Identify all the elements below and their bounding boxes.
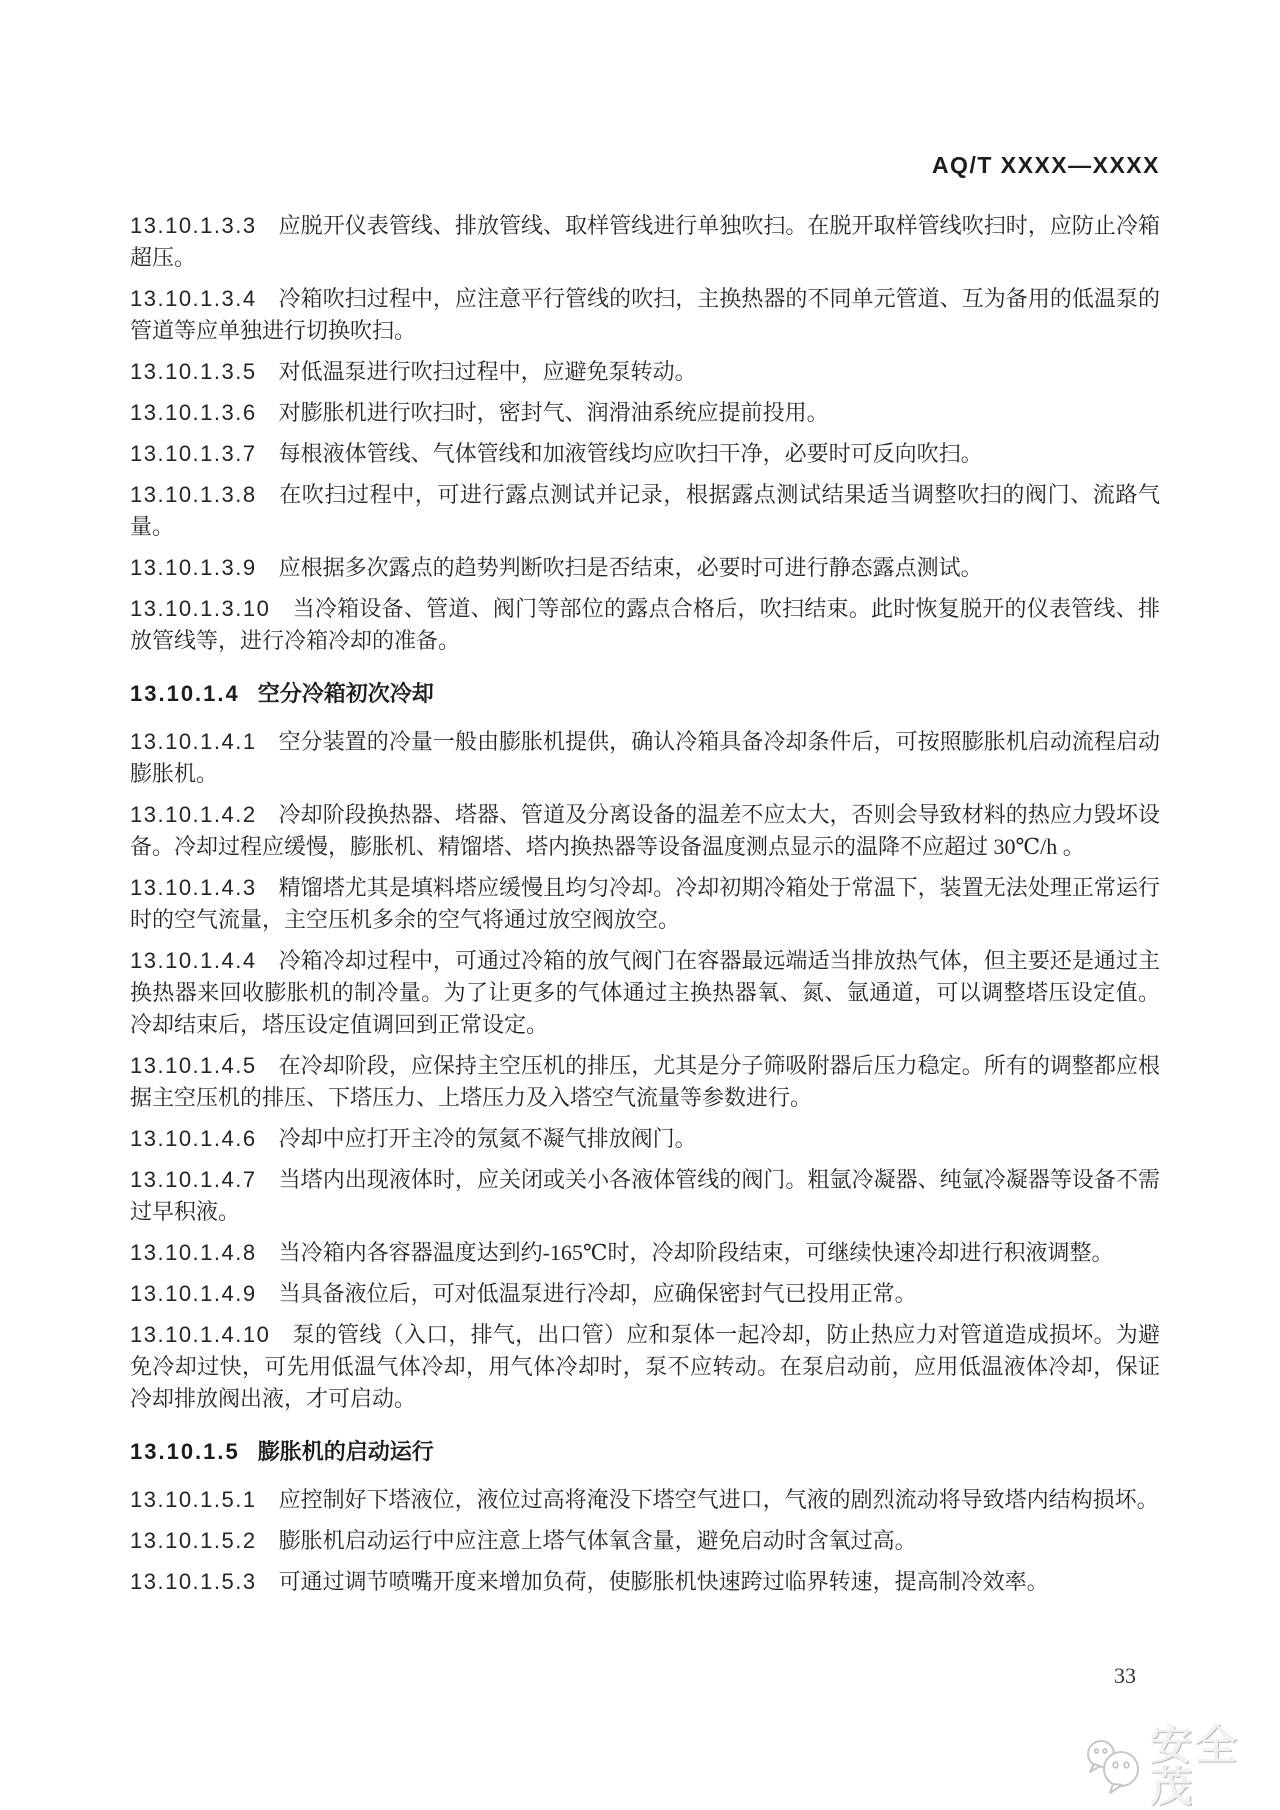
clause-number: 13.10.1.4.8	[130, 1240, 279, 1265]
chat-bubbles-icon	[1082, 1738, 1144, 1794]
clause-text: 空分装置的冷量一般由膨胀机提供，确认冷箱具备冷却条件后，可按照膨胀机启动流程启动…	[130, 729, 1160, 786]
clause-number: 13.10.1.3.4	[130, 286, 279, 311]
clause-paragraph: 13.10.1.3.7每根液体管线、气体管线和加液管线均应吹扫干净，必要时可反向…	[130, 438, 1160, 470]
clause-text: 膨胀机启动运行中应注意上塔气体氧含量，避免启动时含氧过高。	[279, 1528, 917, 1553]
clause-number: 13.10.1.4.10	[130, 1322, 292, 1347]
clause-number: 13.10.1.4.6	[130, 1126, 279, 1151]
clause-text: 冷箱冷却过程中，可通过冷箱的放气阀门在容器最远端适当排放热气体，但主要还是通过主…	[130, 948, 1160, 1037]
clause-number: 13.10.1.3.7	[130, 441, 279, 466]
clause-number: 13.10.1.5.2	[130, 1528, 279, 1553]
clause-paragraph: 13.10.1.3.5对低温泵进行吹扫过程中，应避免泵转动。	[130, 356, 1160, 388]
clause-text: 可通过调节喷嘴开度来增加负荷，使膨胀机快速跨过临界转速，提高制冷效率。	[279, 1569, 1049, 1594]
clause-text: 应根据多次露点的趋势判断吹扫是否结束，必要时可进行静态露点测试。	[279, 555, 983, 580]
clause-number: 13.10.1.5.3	[130, 1569, 279, 1594]
document-page: AQ/T XXXX—XXXX 13.10.1.3.3应脱开仪表管线、排放管线、取…	[0, 0, 1280, 1810]
section-heading: 13.10.1.4空分冷箱初次冷却	[130, 678, 1160, 710]
clause-text: 冷却中应打开主冷的氖氦不凝气排放阀门。	[279, 1126, 697, 1151]
clause-text: 每根液体管线、气体管线和加液管线均应吹扫干净，必要时可反向吹扫。	[279, 441, 983, 466]
clause-number: 13.10.1.4.2	[130, 802, 279, 827]
clause-number: 13.10.1.4.5	[130, 1053, 279, 1078]
clause-paragraph: 13.10.1.5.1应控制好下塔液位，液位过高将淹没下塔空气进口，气液的剧烈流…	[130, 1484, 1160, 1516]
clause-text: 冷却阶段换热器、塔器、管道及分离设备的温差不应太大，否则会导致材料的热应力毁坏设…	[130, 802, 1160, 859]
watermark: 安全茂	[1082, 1724, 1280, 1808]
clause-text: 冷箱吹扫过程中，应注意平行管线的吹扫，主换热器的不同单元管道、互为备用的低温泵的…	[130, 286, 1160, 343]
clause-paragraph: 13.10.1.4.8当冷箱内各容器温度达到约-165℃时，冷却阶段结束，可继续…	[130, 1237, 1160, 1269]
clause-number: 13.10.1.5	[130, 1439, 258, 1464]
clause-paragraph: 13.10.1.4.3精馏塔尤其是填料塔应缓慢且均匀冷却。冷却初期冷箱处于常温下…	[130, 872, 1160, 936]
clause-paragraph: 13.10.1.4.7当塔内出现液体时，应关闭或关小各液体管线的阀门。粗氩冷凝器…	[130, 1164, 1160, 1228]
clause-text: 对低温泵进行吹扫过程中，应避免泵转动。	[279, 359, 697, 384]
clause-text: 精馏塔尤其是填料塔应缓慢且均匀冷却。冷却初期冷箱处于常温下，装置无法处理正常运行…	[130, 875, 1160, 932]
clause-number: 13.10.1.5.1	[130, 1487, 279, 1512]
clause-text: 当冷箱内各容器温度达到约-165℃时，冷却阶段结束，可继续快速冷却进行积液调整。	[279, 1240, 1114, 1265]
clause-paragraph: 13.10.1.3.10当冷箱设备、管道、阀门等部位的露点合格后，吹扫结束。此时…	[130, 593, 1160, 657]
section-title: 膨胀机的启动运行	[258, 1439, 434, 1464]
clause-text: 对膨胀机进行吹扫时，密封气、润滑油系统应提前投用。	[279, 400, 829, 425]
clause-text: 当塔内出现液体时，应关闭或关小各液体管线的阀门。粗氩冷凝器、纯氩冷凝器等设备不需…	[130, 1167, 1160, 1224]
section-heading: 13.10.1.5膨胀机的启动运行	[130, 1436, 1160, 1468]
page-number: 33	[1100, 1663, 1150, 1689]
clause-number: 13.10.1.4.7	[130, 1167, 279, 1192]
clause-text: 应控制好下塔液位，液位过高将淹没下塔空气进口，气液的剧烈流动将导致塔内结构损坏。	[279, 1487, 1159, 1512]
section-title: 空分冷箱初次冷却	[258, 681, 434, 706]
clause-paragraph: 13.10.1.3.6对膨胀机进行吹扫时，密封气、润滑油系统应提前投用。	[130, 397, 1160, 429]
clause-number: 13.10.1.4.3	[130, 875, 279, 900]
clause-text: 在吹扫过程中，可进行露点测试并记录，根据露点测试结果适当调整吹扫的阀门、流路气量…	[130, 482, 1160, 539]
clause-paragraph: 13.10.1.4.2冷却阶段换热器、塔器、管道及分离设备的温差不应太大，否则会…	[130, 799, 1160, 863]
clause-paragraph: 13.10.1.3.4冷箱吹扫过程中，应注意平行管线的吹扫，主换热器的不同单元管…	[130, 283, 1160, 347]
clause-number: 13.10.1.3.10	[130, 596, 292, 621]
clause-number: 13.10.1.4	[130, 681, 258, 706]
clause-number: 13.10.1.3.6	[130, 400, 279, 425]
clause-paragraph: 13.10.1.4.5在冷却阶段，应保持主空压机的排压，尤其是分子筛吸附器后压力…	[130, 1050, 1160, 1114]
clause-paragraph: 13.10.1.5.2膨胀机启动运行中应注意上塔气体氧含量，避免启动时含氧过高。	[130, 1525, 1160, 1557]
clause-text: 在冷却阶段，应保持主空压机的排压，尤其是分子筛吸附器后压力稳定。所有的调整都应根…	[130, 1053, 1160, 1110]
clause-paragraph: 13.10.1.3.9应根据多次露点的趋势判断吹扫是否结束，必要时可进行静态露点…	[130, 552, 1160, 584]
clause-paragraph: 13.10.1.3.3应脱开仪表管线、排放管线、取样管线进行单独吹扫。在脱开取样…	[130, 210, 1160, 274]
clause-number: 13.10.1.3.3	[130, 213, 279, 238]
clause-paragraph: 13.10.1.4.1空分装置的冷量一般由膨胀机提供，确认冷箱具备冷却条件后，可…	[130, 726, 1160, 790]
watermark-text: 安全茂	[1150, 1724, 1280, 1808]
clause-paragraph: 13.10.1.4.10泵的管线（入口，排气，出口管）应和泵体一起冷却，防止热应…	[130, 1319, 1160, 1415]
clause-number: 13.10.1.4.1	[130, 729, 279, 754]
clause-paragraph: 13.10.1.4.6冷却中应打开主冷的氖氦不凝气排放阀门。	[130, 1123, 1160, 1155]
clause-text: 当具备液位后，可对低温泵进行冷却，应确保密封气已投用正常。	[279, 1281, 917, 1306]
clause-number: 13.10.1.3.8	[130, 482, 279, 507]
clause-paragraph: 13.10.1.5.3可通过调节喷嘴开度来增加负荷，使膨胀机快速跨过临界转速，提…	[130, 1566, 1160, 1598]
clause-paragraph: 13.10.1.3.8在吹扫过程中，可进行露点测试并记录，根据露点测试结果适当调…	[130, 479, 1160, 543]
clause-number: 13.10.1.4.9	[130, 1281, 279, 1306]
document-content: 13.10.1.3.3应脱开仪表管线、排放管线、取样管线进行单独吹扫。在脱开取样…	[130, 210, 1160, 1607]
clause-number: 13.10.1.4.4	[130, 948, 279, 973]
clause-paragraph: 13.10.1.4.4冷箱冷却过程中，可通过冷箱的放气阀门在容器最远端适当排放热…	[130, 945, 1160, 1041]
clause-number: 13.10.1.3.9	[130, 555, 279, 580]
clause-number: 13.10.1.3.5	[130, 359, 279, 384]
clause-text: 应脱开仪表管线、排放管线、取样管线进行单独吹扫。在脱开取样管线吹扫时，应防止冷箱…	[130, 213, 1160, 270]
page-header: AQ/T XXXX—XXXX	[130, 152, 1160, 179]
clause-paragraph: 13.10.1.4.9当具备液位后，可对低温泵进行冷却，应确保密封气已投用正常。	[130, 1278, 1160, 1310]
standard-number: AQ/T XXXX—XXXX	[932, 152, 1160, 178]
